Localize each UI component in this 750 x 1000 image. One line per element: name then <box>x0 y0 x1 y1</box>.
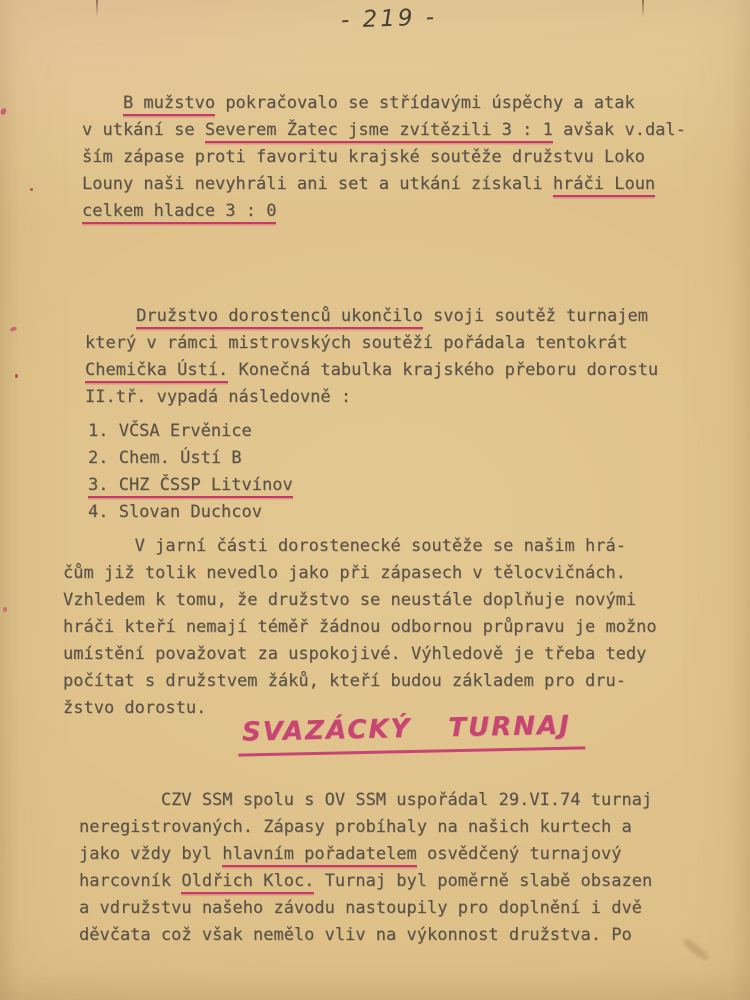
text-line: celkem hladce 3 : 0 <box>82 198 686 225</box>
underlined-text-segment: celkem hladce 3 : 0 <box>82 201 276 224</box>
text-line: umístění považovat za uspokojivé. Výhled… <box>63 641 657 668</box>
text-segment: v utkání se <box>82 120 205 140</box>
scanned-document-page: - 219 - B mužstvo pokračovalo se střídav… <box>0 0 750 1000</box>
handwritten-page-number: - 219 - <box>341 4 438 33</box>
underlined-text-segment: B mužstvo <box>123 93 215 116</box>
text-segment <box>82 93 123 113</box>
text-segment: děvčata což však nemělo vliv na výkonnos… <box>79 925 632 945</box>
text-segment: počítat s družstvem žáků, kteří budou zá… <box>63 671 626 691</box>
pink-ink-speck <box>3 607 7 612</box>
text-segment: 2. Chem. Ústí B <box>88 448 242 468</box>
text-segment: jako vždy byl <box>79 844 222 864</box>
underlined-text-segment: Chemička Ústí. <box>85 360 228 383</box>
text-segment: čům již tolik nevedlo jako při zápasech … <box>63 563 626 583</box>
text-segment <box>85 306 136 326</box>
paragraph-b-muzstvo: B mužstvo pokračovalo se střídavými úspě… <box>82 90 686 225</box>
text-segment: Louny naši nevyhráli ani set a utkání zí… <box>82 174 553 194</box>
text-segment: ším zápase proti favoritu krajské soutěž… <box>82 147 645 167</box>
text-line: který v rámci mistrovských soutěží pořád… <box>85 330 658 357</box>
text-segment: svoji soutěž turnajem <box>423 306 648 326</box>
text-line: 4. Slovan Duchcov <box>88 499 293 526</box>
text-segment: Vzhledem k tomu, že družstvo se neustále… <box>63 590 636 610</box>
text-segment: který v rámci mistrovských soutěží pořád… <box>85 333 627 353</box>
text-segment: hráči kteří nemají téměř žádnou odbornou… <box>63 617 657 637</box>
text-line: II.tř. vypadá následovně : <box>85 384 658 411</box>
text-line: B mužstvo pokračovalo se střídavými úspě… <box>82 90 686 117</box>
text-segment: harcovník <box>79 871 181 891</box>
text-line: počítat s družstvem žáků, kteří budou zá… <box>63 668 657 695</box>
text-segment: neregistrovaných. Zápasy probíhaly na na… <box>79 817 632 837</box>
text-line: 3. CHZ ČSSP Litvínov <box>88 472 293 499</box>
paragraph-dorostenci: Družstvo dorostenců ukončilo svoji soutě… <box>85 303 658 411</box>
text-line: Vzhledem k tomu, že družstvo se neustále… <box>63 587 657 614</box>
text-segment: žstvo dorostu. <box>63 698 206 718</box>
text-line: Louny naši nevyhráli ani set a utkání zí… <box>82 171 686 198</box>
text-line: CZV SSM spolu s OV SSM uspořádal 29.VI.7… <box>79 787 652 814</box>
pink-ink-speck <box>15 374 18 378</box>
underlined-text-segment: hlavním pořadatelem <box>222 844 416 867</box>
paragraph-jarni-cast: V jarní části dorostenecké soutěže se na… <box>63 533 657 722</box>
text-segment: CZV SSM spolu s OV SSM uspořádal 29.VI.7… <box>79 790 652 810</box>
standings-list: 1. VČSA Ervěnice2. Chem. Ústí B3. CHZ ČS… <box>88 418 293 526</box>
paper-smudge <box>681 936 712 963</box>
text-line: harcovník Oldřich Kloc. Turnaj byl poměr… <box>79 868 652 895</box>
text-line: ším zápase proti favoritu krajské soutěž… <box>82 144 686 171</box>
text-line: a vdružstvu našeho závodu nastoupily pro… <box>79 895 652 922</box>
paragraph-svazacky-turnaj: CZV SSM spolu s OV SSM uspořádal 29.VI.7… <box>79 787 652 949</box>
text-line: 2. Chem. Ústí B <box>88 445 293 472</box>
text-segment: V jarní části dorostenecké soutěže se na… <box>63 536 626 556</box>
underlined-text-segment: hráči Loun <box>553 174 655 197</box>
text-line: neregistrovaných. Zápasy probíhaly na na… <box>79 814 652 841</box>
text-line: Družstvo dorostenců ukončilo svoji soutě… <box>85 303 658 330</box>
text-line: 1. VČSA Ervěnice <box>88 418 293 445</box>
text-segment: umístění považovat za uspokojivé. Výhled… <box>63 644 646 664</box>
text-line: děvčata což však nemělo vliv na výkonnos… <box>79 922 652 949</box>
text-segment: Konečná tabulka krajského přeboru dorost… <box>228 360 658 380</box>
text-segment: 1. VČSA Ervěnice <box>88 421 252 441</box>
text-line: Chemička Ústí. Konečná tabulka krajského… <box>85 357 658 384</box>
underlined-text-segment: Družstvo dorostenců ukončilo <box>136 306 423 329</box>
text-line: V jarní části dorostenecké soutěže se na… <box>63 533 657 560</box>
paper-crease-mark <box>96 0 98 17</box>
underlined-text-segment: 3. CHZ ČSSP Litvínov <box>88 475 293 498</box>
pink-ink-speck <box>30 188 33 191</box>
text-line: čům již tolik nevedlo jako při zápasech … <box>63 560 657 587</box>
text-segment: avšak v.dal- <box>553 120 686 140</box>
paper-crease-mark <box>642 0 644 18</box>
underlined-text-segment: Oldřich Kloc. <box>181 871 314 894</box>
text-segment: osvědčený turnajový <box>417 844 622 864</box>
text-segment: Turnaj byl poměrně slabě obsazen <box>314 871 652 891</box>
text-segment: II.tř. vypadá následovně : <box>85 387 351 407</box>
underlined-text-segment: Severem Žatec jsme zvítězili 3 : 1 <box>205 120 553 143</box>
pink-ink-speck <box>10 326 18 332</box>
text-line: hráči kteří nemají téměř žádnou odbornou… <box>63 614 657 641</box>
text-segment: pokračovalo se střídavými úspěchy a atak <box>215 93 635 113</box>
text-line: v utkání se Severem Žatec jsme zvítězili… <box>82 117 686 144</box>
text-line: jako vždy byl hlavním pořadatelem osvědč… <box>79 841 652 868</box>
pink-ink-speck <box>0 107 7 116</box>
handwritten-section-heading: SVAZÁCKÝ TURNAJ <box>238 710 586 756</box>
text-segment: 4. Slovan Duchcov <box>88 502 262 522</box>
text-segment: a vdružstvu našeho závodu nastoupily pro… <box>79 898 642 918</box>
